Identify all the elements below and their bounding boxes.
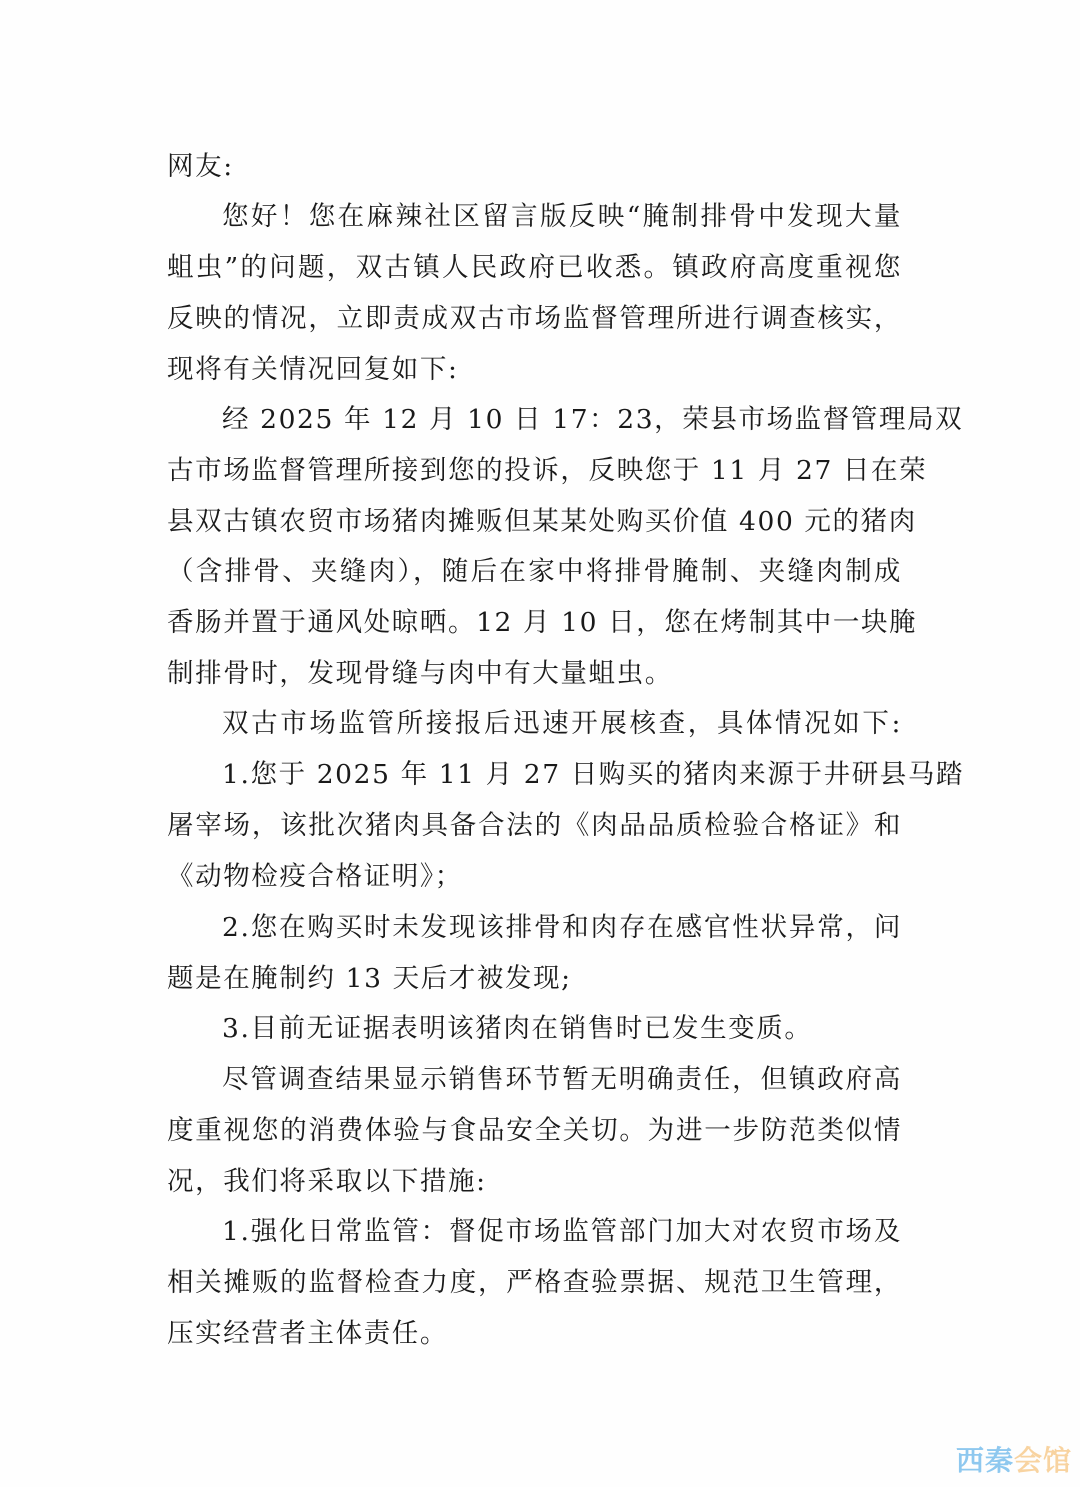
text-line: 题是在腌制约 13 天后才被发现; bbox=[167, 962, 902, 996]
text-line: 屠宰场，该批次猪肉具备合法的《肉品品质检验合格证》和 bbox=[167, 809, 902, 843]
document-page: 网友: 您好！您在麻辣社区留言版反映“腌制排骨中发现大量蛆虫”的问题，双古镇人民… bbox=[0, 0, 1080, 1487]
watermark-part-1: 西秦 bbox=[956, 1444, 1014, 1477]
text-line: 经 2025 年 12 月 10 日 17：23，荣县市场监督管理局双 bbox=[222, 403, 902, 437]
text-line: （含排骨、夹缝肉），随后在家中将排骨腌制、夹缝肉制成 bbox=[167, 555, 902, 589]
text-line: 3.目前无证据表明该猪肉在销售时已发生变质。 bbox=[222, 1012, 902, 1046]
text-line: 古市场监督管理所接到您的投诉，反映您于 11 月 27 日在荣 bbox=[167, 454, 902, 488]
text-line: 1.您于 2025 年 11 月 27 日购买的猪肉来源于井研县马踏 bbox=[222, 758, 902, 792]
text-line: 相关摊贩的监督检查力度，严格查验票据、规范卫生管理， bbox=[167, 1266, 902, 1300]
watermark-part-2: 会馆 bbox=[1014, 1444, 1072, 1477]
text-line: 压实经营者主体责任。 bbox=[167, 1317, 902, 1351]
text-line: 2.您在购买时未发现该排骨和肉存在感官性状异常，问 bbox=[222, 911, 902, 945]
text-line: 1.强化日常监管：督促市场监管部门加大对农贸市场及 bbox=[222, 1215, 902, 1249]
text-line: 香肠并置于通风处晾晒。12 月 10 日，您在烤制其中一块腌 bbox=[167, 606, 902, 640]
text-line: 《动物检疫合格证明》； bbox=[167, 860, 902, 894]
text-line: 蛆虫”的问题，双古镇人民政府已收悉。镇政府高度重视您 bbox=[167, 251, 902, 285]
text-line: 现将有关情况回复如下: bbox=[167, 353, 902, 387]
text-line: 反映的情况，立即责成双古市场监督管理所进行调查核实， bbox=[167, 302, 902, 336]
text-line: 度重视您的消费体验与食品安全关切。为进一步防范类似情 bbox=[167, 1114, 902, 1148]
salutation: 网友: bbox=[167, 150, 902, 184]
text-line: 尽管调查结果显示销售环节暂无明确责任，但镇政府高 bbox=[222, 1063, 902, 1097]
text-line: 县双古镇农贸市场猪肉摊贩但某某处购买价值 400 元的猪肉 bbox=[167, 505, 902, 539]
watermark-logo: 西秦会馆 bbox=[956, 1439, 1072, 1479]
text-line: 双古市场监管所接报后迅速开展核查，具体情况如下: bbox=[222, 707, 902, 741]
text-line: 您好！您在麻辣社区留言版反映“腌制排骨中发现大量 bbox=[222, 200, 902, 234]
text-line: 制排骨时，发现骨缝与肉中有大量蛆虫。 bbox=[167, 657, 902, 691]
text-line: 况，我们将采取以下措施: bbox=[167, 1165, 902, 1199]
